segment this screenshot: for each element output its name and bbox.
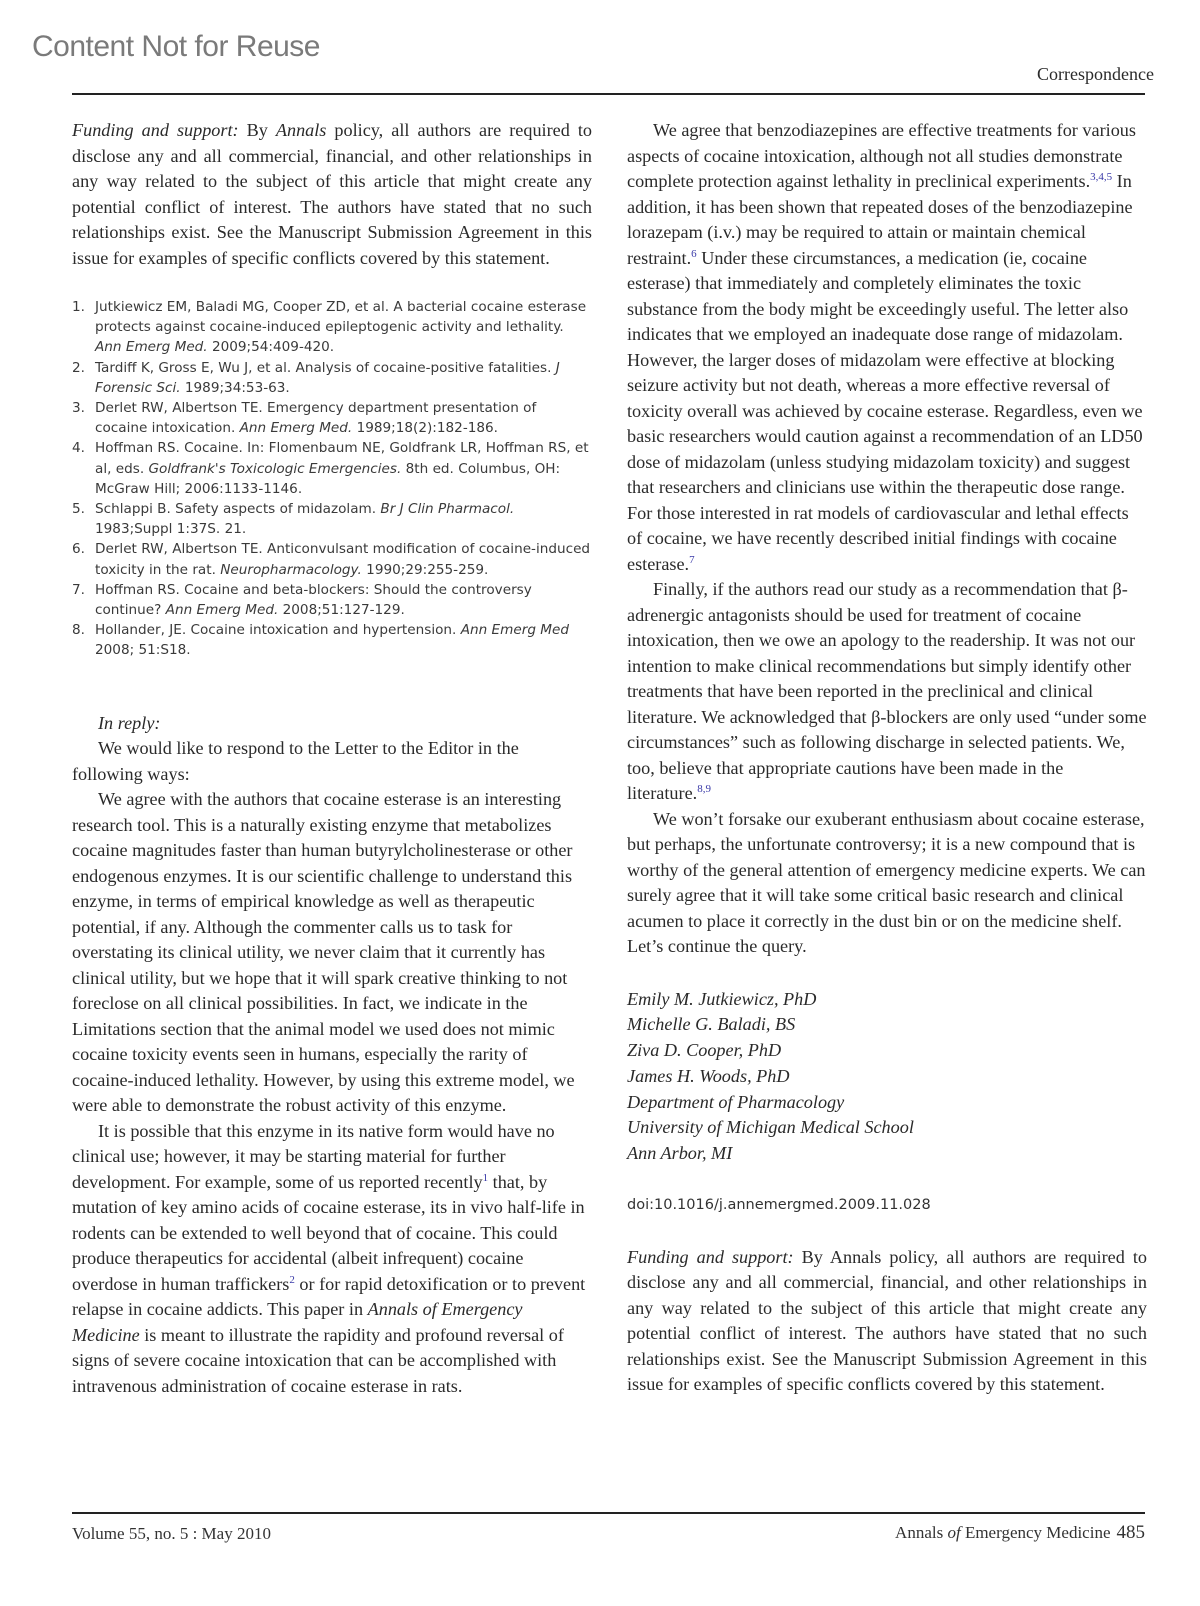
author-name: Ziva D. Cooper, PhD (627, 1038, 1147, 1064)
body-paragraph: Finally, if the authors read our study a… (627, 577, 1147, 807)
affiliation-department: Department of Pharmacology (627, 1090, 1147, 1116)
author-name: James H. Woods, PhD (627, 1064, 1147, 1090)
watermark: Content Not for Reuse (32, 30, 320, 64)
body-paragraph: We agree that benzodiazepines are effect… (627, 118, 1147, 577)
reference-item: 8.Hollander, JE. Cocaine intoxication an… (72, 620, 592, 660)
author-name: Emily M. Jutkiewicz, PhD (627, 987, 1147, 1013)
doi-link[interactable]: doi:10.1016/j.annemergmed.2009.11.028 (627, 1193, 1147, 1219)
funding-statement: Funding and support: By Annals policy, a… (72, 118, 592, 271)
reference-item: 3.Derlet RW, Albertson TE. Emergency dep… (72, 398, 592, 438)
header-rule (72, 93, 1145, 95)
citation-link[interactable]: 8,9 (697, 783, 711, 795)
left-column: Funding and support: By Annals policy, a… (72, 118, 592, 1399)
right-column: We agree that benzodiazepines are effect… (627, 118, 1147, 1398)
funding-label: Funding and support: (627, 1247, 794, 1267)
footer-rule (72, 1512, 1145, 1514)
funding-statement: Funding and support: By Annals policy, a… (627, 1245, 1147, 1398)
issue-info: Volume 55, no. 5 : May 2010 (72, 1524, 271, 1544)
section-running-head: Correspondence (1037, 64, 1154, 85)
page-number: 485 (1117, 1522, 1146, 1543)
reference-item: 1.Jutkiewicz EM, Baladi MG, Cooper ZD, e… (72, 297, 592, 358)
body-paragraph: We would like to respond to the Letter t… (72, 736, 592, 787)
author-name: Michelle G. Baladi, BS (627, 1012, 1147, 1038)
author-signature: Emily M. Jutkiewicz, PhD Michelle G. Bal… (627, 987, 1147, 1168)
journal-footer: Annals of Emergency Medicine485 (895, 1522, 1145, 1544)
citation-link[interactable]: 3,4,5 (1090, 171, 1112, 183)
body-paragraph: We won’t forsake our exuberant enthusias… (627, 807, 1147, 960)
affiliation-location: Ann Arbor, MI (627, 1141, 1147, 1167)
in-reply-heading: In reply: (72, 711, 592, 737)
reference-item: 2.Tardiff K, Gross E, Wu J, et al. Analy… (72, 358, 592, 398)
body-paragraph: We agree with the authors that cocaine e… (72, 787, 592, 1119)
reference-item: 7.Hoffman RS. Cocaine and beta-blockers:… (72, 580, 592, 620)
funding-label: Funding and support: (72, 120, 239, 140)
affiliation-institution: University of Michigan Medical School (627, 1115, 1147, 1141)
reference-item: 6.Derlet RW, Albertson TE. Anticonvulsan… (72, 539, 592, 579)
body-paragraph: It is possible that this enzyme in its n… (72, 1119, 592, 1400)
reference-item: 5.Schlappi B. Safety aspects of midazola… (72, 499, 592, 539)
reference-item: 4.Hoffman RS. Cocaine. In: Flomenbaum NE… (72, 438, 592, 499)
citation-link[interactable]: 7 (689, 554, 695, 566)
reference-list: 1.Jutkiewicz EM, Baladi MG, Cooper ZD, e… (72, 297, 592, 661)
